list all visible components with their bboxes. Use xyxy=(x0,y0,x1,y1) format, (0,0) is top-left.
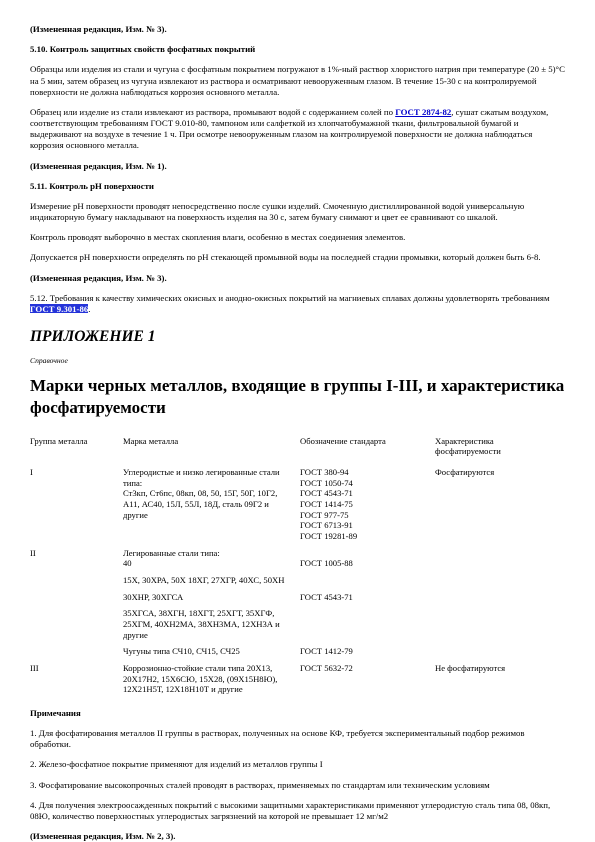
gost-9-301-86-link[interactable]: ГОСТ 9.301-86 xyxy=(30,304,88,314)
table-cell-characteristic xyxy=(435,608,565,640)
appendix-title: ПРИЛОЖЕНИЕ 1 xyxy=(30,328,565,347)
note-item-2: 2. Железо-фосфатное покрытие применяют д… xyxy=(30,759,565,770)
table-cell-standards: ГОСТ 1005-88 xyxy=(300,548,435,569)
gost-standard-link[interactable]: ГОСТ 6713-91 xyxy=(300,520,425,531)
table-cell-group xyxy=(30,575,123,586)
metal-marks-line: Легированные стали типа: xyxy=(123,548,290,559)
metal-marks-line: Углеродистые и низко легированные стали … xyxy=(123,467,290,488)
table-cell-standards xyxy=(300,608,435,640)
gost-2874-82-link[interactable]: ГОСТ 2874-82 xyxy=(395,107,451,117)
amendment-note: (Измененная редакция, Изм. № 3). xyxy=(30,24,565,35)
metal-marks-line: Коррозионно-стойкие стали типа 20Х13, 20… xyxy=(123,663,290,695)
appendix-heading: Марки черных металлов, входящие в группы… xyxy=(30,375,565,418)
amendment-note: (Измененная редакция, Изм. № 2, 3). xyxy=(30,831,565,842)
table-cell-standards: ГОСТ 1412-79 xyxy=(300,646,435,657)
metal-marks-line: 40 xyxy=(123,558,290,569)
table-cell-marks: 35ХГСА, 38ХГН, 18ХГТ, 25ХГТ, 35ХГФ, 25ХГ… xyxy=(123,608,300,640)
table-cell-group: II xyxy=(30,548,123,569)
paragraph-text: Образец или изделие из стали извлекают и… xyxy=(30,107,395,117)
table-cell-standards: ГОСТ 4543-71 xyxy=(300,592,435,603)
table-cell-characteristic xyxy=(435,548,565,569)
table-cell-marks: Углеродистые и низко легированные стали … xyxy=(123,467,300,542)
paragraph-5-11-3: Допускается рН поверхности определять по… xyxy=(30,252,565,263)
table-cell-marks: 15Х, 30ХРА, 50Х 18ХГ, 27ХГР, 40ХС, 50ХН xyxy=(123,575,300,586)
table-cell-marks: 30ХНР, 30ХГСА xyxy=(123,592,300,603)
note-item-3: 3. Фосфатирование высокопрочных сталей п… xyxy=(30,780,565,791)
gost-standard-text: ГОСТ 19281-89 xyxy=(300,531,425,542)
metal-marks-line: 35ХГСА, 38ХГН, 18ХГТ, 25ХГТ, 35ХГФ, 25ХГ… xyxy=(123,608,290,640)
table-cell-characteristic xyxy=(435,575,565,586)
table-cell-standards: ГОСТ 380-94ГОСТ 1050-74ГОСТ 4543-71ГОСТ … xyxy=(300,467,435,542)
metal-marks-line: 30ХНР, 30ХГСА xyxy=(123,592,290,603)
table-cell-group xyxy=(30,592,123,603)
gost-standard-text: ГОСТ 977-75 xyxy=(300,510,425,521)
note-item-1: 1. Для фосфатирования металлов II группы… xyxy=(30,728,565,750)
metal-marks-line: Ст3кп, Ст6пс, 08кп, 08, 50, 15Г, 50Г, 10… xyxy=(123,488,290,520)
gost-standard-text: ГОСТ 1050-74 xyxy=(300,478,425,489)
gost-standard-link[interactable]: ГОСТ 4543-71 xyxy=(300,592,425,603)
table-header-col-1: Группа металла xyxy=(30,436,123,461)
table-header-col-2: Марка металла xyxy=(123,436,300,461)
amendment-note: (Измененная редакция, Изм. № 1). xyxy=(30,161,565,172)
table-header-col-4: Характеристика фосфатируемости xyxy=(435,436,565,461)
table-cell-characteristic: Фосфатируются xyxy=(435,467,565,542)
table-cell-marks: Легированные стали типа:40 xyxy=(123,548,300,569)
appendix-subtitle: Справочное xyxy=(30,356,565,366)
gost-standard-text: ГОСТ 1005-88 xyxy=(300,558,425,569)
note-item-4: 4. Для получения электроосажденных покры… xyxy=(30,800,565,822)
gost-standard-link[interactable]: ГОСТ 5632-72 xyxy=(300,663,425,674)
paragraph-5-10-2: Образец или изделие из стали извлекают и… xyxy=(30,107,565,152)
table-cell-standards: ГОСТ 5632-72 xyxy=(300,663,435,695)
amendment-note: (Измененная редакция, Изм. № 3). xyxy=(30,273,565,284)
gost-standard-link[interactable]: ГОСТ 380-94 xyxy=(300,467,425,478)
table-cell-characteristic xyxy=(435,646,565,657)
document-page: (Измененная редакция, Изм. № 3). 5.10. К… xyxy=(0,0,595,842)
table-cell-group: III xyxy=(30,663,123,695)
table-cell-marks: Коррозионно-стойкие стали типа 20Х13, 20… xyxy=(123,663,300,695)
gost-standard-text: ГОСТ 1414-75 xyxy=(300,499,425,510)
table-cell-characteristic: Не фосфатируются xyxy=(435,663,565,695)
metal-marks-line: Чугуны типа СЧ10, СЧ15, СЧ25 xyxy=(123,646,290,657)
table-cell-marks: Чугуны типа СЧ10, СЧ15, СЧ25 xyxy=(123,646,300,657)
table-cell-standards xyxy=(300,575,435,586)
paragraph-text: . xyxy=(88,304,90,314)
paragraph-5-11-2: Контроль проводят выборочно в местах ско… xyxy=(30,232,565,243)
table-cell-group xyxy=(30,608,123,640)
table-header-col-3: Обозначение стандарта xyxy=(300,436,435,461)
table-cell-group: I xyxy=(30,467,123,542)
section-5-10-title: 5.10. Контроль защитных свойств фосфатны… xyxy=(30,44,565,55)
paragraph-5-10-1: Образцы или изделия из стали и чугуна с … xyxy=(30,64,565,98)
paragraph-text: 5.12. Требования к качеству химических о… xyxy=(30,293,550,303)
notes-title: Примечания xyxy=(30,708,565,719)
table-cell-group xyxy=(30,646,123,657)
paragraph-5-12: 5.12. Требования к качеству химических о… xyxy=(30,293,565,315)
metal-marks-line: 15Х, 30ХРА, 50Х 18ХГ, 27ХГР, 40ХС, 50ХН xyxy=(123,575,290,586)
gost-standard-text: ГОСТ 1412-79 xyxy=(300,646,425,657)
table-cell-characteristic xyxy=(435,592,565,603)
appendix-table: Группа металлаМарка металлаОбозначение с… xyxy=(30,436,565,695)
paragraph-5-11-1: Измерение рН поверхности проводят непоср… xyxy=(30,201,565,223)
section-5-11-title: 5.11. Контроль рН поверхности xyxy=(30,181,565,192)
gost-standard-link[interactable]: ГОСТ 4543-71 xyxy=(300,488,425,499)
gost-standard-text xyxy=(300,548,425,559)
